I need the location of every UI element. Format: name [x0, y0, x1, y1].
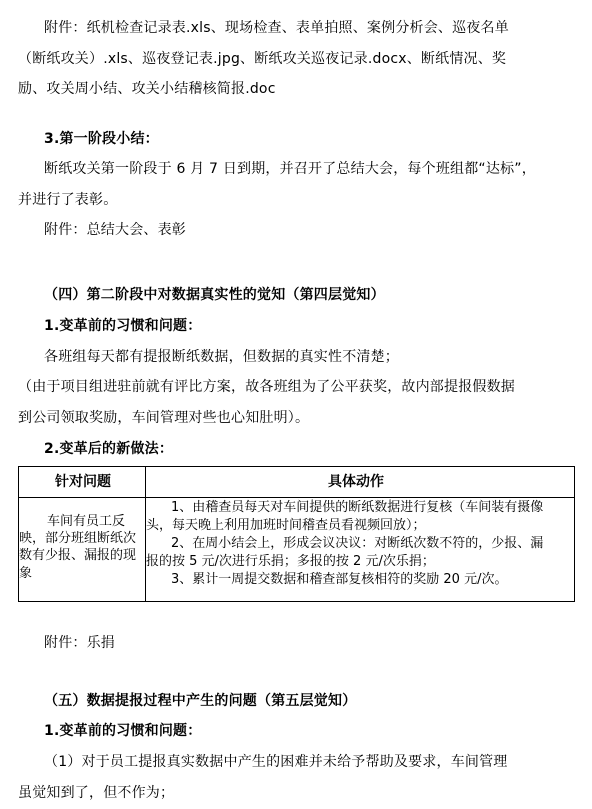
table-problem-line: 车间有员工反: [47, 513, 125, 530]
table-problem-line: 象: [19, 565, 32, 582]
attachment-list-line-1: 附件：纸机检查记录表.xls、现场检查、表单拍照、案例分析会、巡夜名单: [44, 19, 509, 37]
section4-title: （四）第二阶段中对数据真实性的觉知（第四层觉知）: [44, 286, 385, 304]
stage1-summary-heading: 3.第一阶段小结：: [44, 130, 159, 148]
table-header-action: 具体动作: [328, 474, 384, 491]
table-header-problem: 针对问题: [55, 474, 111, 491]
table-action-line: 2、在周小结会上，形成会议决议：对断纸次数不符的，少报、漏: [171, 535, 543, 552]
stage1-attachment: 附件：总结大会、表彰: [44, 221, 186, 239]
table-action-line: 报的按 5 元/次进行乐捐；多报的按 2 元/次乐捐；: [146, 553, 435, 570]
section4-para-1: 各班组每天都有提报断纸数据，但数据的真实性不清楚；: [44, 348, 399, 366]
attachment-list-line-3: 励、攻关周小结、攻关小结稽核简报.doc: [18, 80, 276, 98]
table-problem-line: 数有少报、漏报的现: [19, 547, 136, 564]
table-column-divider: [145, 467, 146, 601]
table-problem-line: 映，部分班组断纸次: [19, 530, 136, 547]
section4-sub-heading-1: 1.变革前的习惯和问题：: [44, 317, 201, 335]
table-action-line: 头，每天晚上利用加班时间稽查员看视频回放）；: [146, 517, 426, 534]
table-header-divider: [19, 497, 574, 498]
section5-para-1-line-2: 虽觉知到了，但不作为；: [18, 784, 174, 802]
attachment-list-line-2: （断纸攻关）.xls、巡夜登记表.jpg、断纸攻关巡夜记录.docx、断纸情况、…: [18, 50, 506, 68]
section5-title: （五）数据提报过程中产生的问题（第五层觉知）: [44, 692, 356, 710]
section5-para-1-line-1: （1）对于员工提报真实数据中产生的困难并未给予帮助及要求，车间管理: [44, 753, 508, 771]
measures-table: 针对问题 具体动作 车间有员工反 映，部分班组断纸次 数有少报、漏报的现 象 1…: [18, 466, 575, 602]
table-action-line: 1、由稽查员每天对车间提供的断纸数据进行复核（车间装有摄像: [171, 499, 543, 516]
stage1-summary-para-line-1: 断纸攻关第一阶段于 6 月 7 日到期，并召开了总结大会，每个班组都“达标”，: [44, 160, 536, 178]
section5-sub-heading-1: 1.变革前的习惯和问题：: [44, 722, 201, 740]
section4-attachment: 附件：乐捐: [44, 634, 115, 652]
stage1-summary-para-line-2: 并进行了表彰。: [18, 191, 117, 209]
section4-para-2-line-2: 到公司领取奖励，车间管理对些也心知肚明）。: [18, 409, 309, 427]
section4-para-2-line-1: （由于项目组进驻前就有评比方案，故各班组为了公平获奖，故内部提报假数据: [18, 378, 515, 396]
table-action-line: 3、累计一周提交数据和稽查部复核相符的奖励 20 元/次。: [171, 571, 507, 588]
section4-sub-heading-2: 2.变革后的新做法：: [44, 440, 173, 458]
